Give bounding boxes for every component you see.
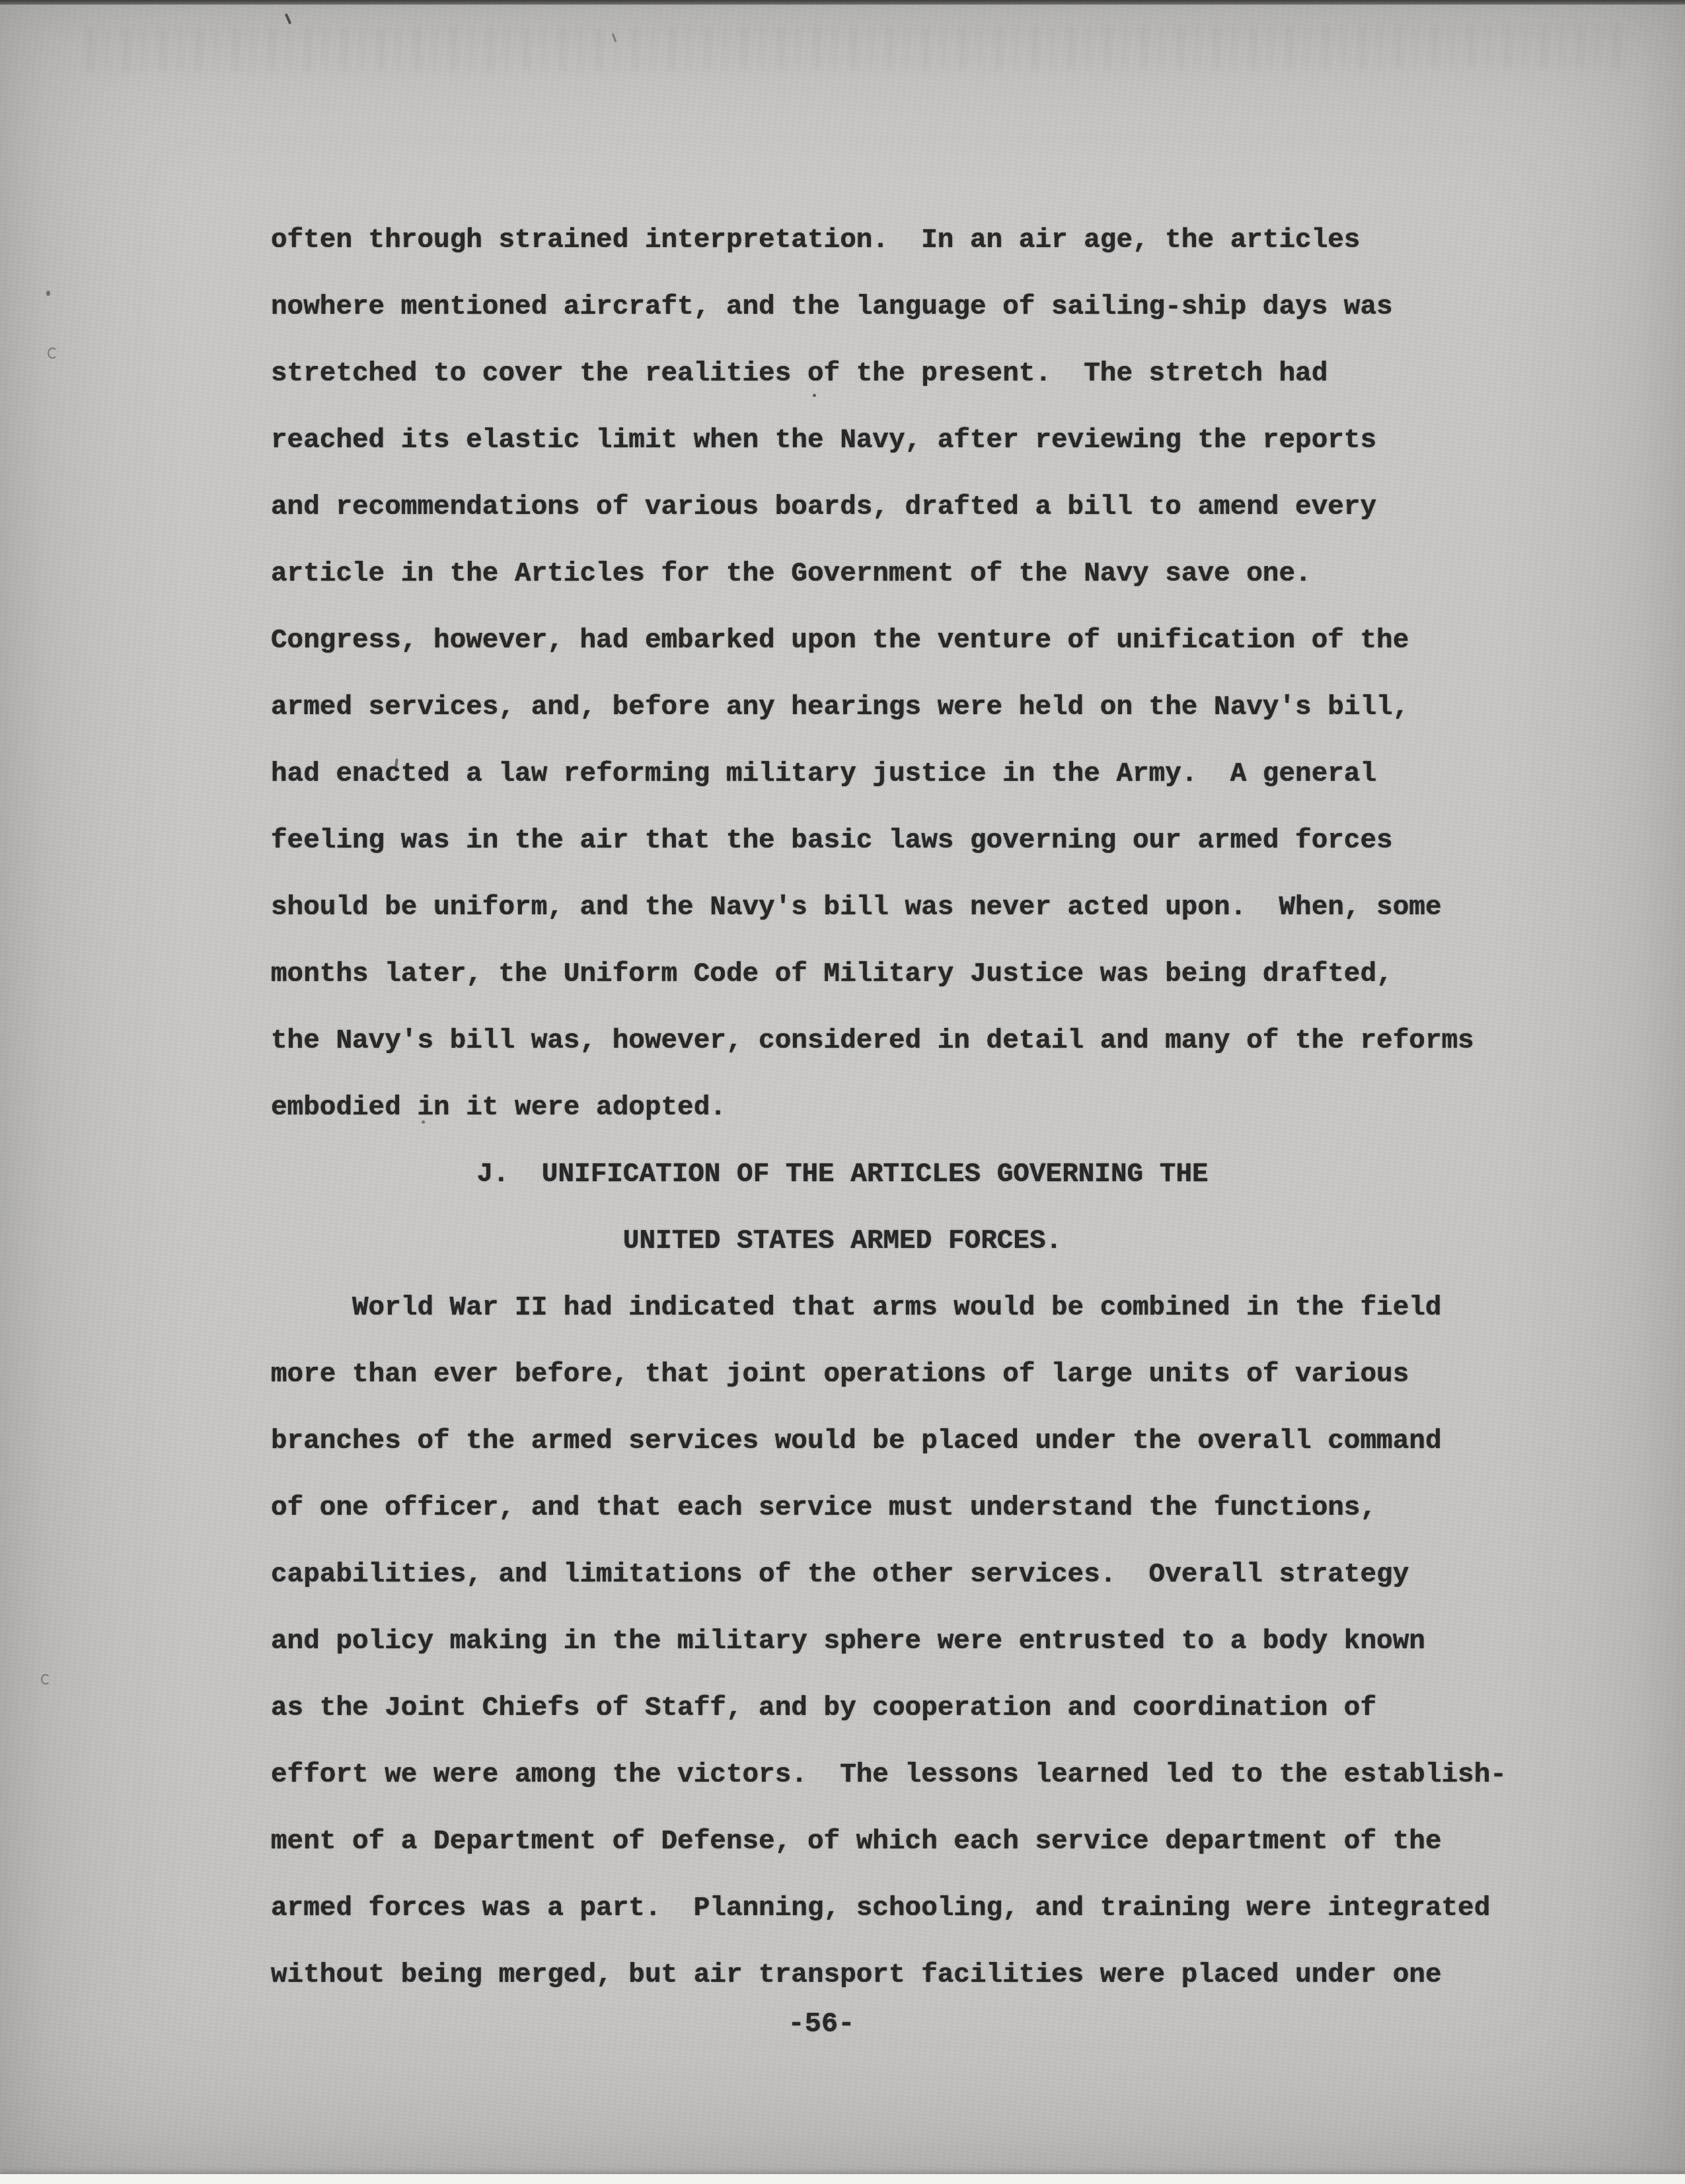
para1-line: reached its elastic limit when the Navy,… — [271, 408, 1414, 474]
scan-speck — [46, 291, 50, 296]
para1-line: embodied in it were adopted. — [271, 1075, 1414, 1142]
para1-line: feeling was in the air that the basic la… — [271, 808, 1414, 875]
para1-line: and recommendations of various boards, d… — [271, 474, 1414, 541]
para1-line: Congress, however, had embarked upon the… — [271, 608, 1414, 674]
para2-line: effort we were among the victors. The le… — [271, 1742, 1414, 1809]
para1-line: armed services, and, before any hearings… — [271, 674, 1414, 741]
scan-speck — [48, 347, 57, 359]
para1-line: months later, the Uniform Code of Milita… — [271, 941, 1414, 1008]
para2-line: branches of the armed services would be … — [271, 1408, 1414, 1475]
document-page: often through strained interpretation. I… — [0, 0, 1685, 2184]
scan-bottom-strip — [0, 2174, 1685, 2184]
para1-line: the Navy's bill was, however, considered… — [271, 1008, 1414, 1075]
page-number: -56- — [0, 2008, 1664, 2040]
para1-line: had enacted a law reforming military jus… — [271, 741, 1414, 808]
scan-speck — [41, 1674, 50, 1685]
scan-top-edge — [0, 0, 1685, 5]
scan-ghost-band — [86, 24, 1626, 72]
para1-line: stretched to cover the realities of the … — [271, 341, 1414, 408]
para1-line: nowhere mentioned aircraft, and the lang… — [271, 274, 1414, 341]
para2-line: armed forces was a part. Planning, schoo… — [271, 1875, 1414, 1942]
para2-line: ment of a Department of Defense, of whic… — [271, 1809, 1414, 1875]
scan-speck — [285, 13, 292, 24]
section-heading-line-1: J. UNIFICATION OF THE ARTICLES GOVERNING… — [271, 1142, 1414, 1208]
typed-text-block: often through strained interpretation. I… — [271, 207, 1414, 2009]
para2-line: more than ever before, that joint operat… — [271, 1342, 1414, 1408]
para1-line: often through strained interpretation. I… — [271, 207, 1414, 274]
section-heading-line-2: UNITED STATES ARMED FORCES. — [271, 1208, 1414, 1275]
para1-line: should be uniform, and the Navy's bill w… — [271, 875, 1414, 941]
para2-line: without being merged, but air transport … — [271, 1942, 1414, 2009]
para1-line: article in the Articles for the Governme… — [271, 541, 1414, 608]
para2-line: and policy making in the military sphere… — [271, 1609, 1414, 1675]
para2-line: of one officer, and that each service mu… — [271, 1475, 1414, 1542]
para2-line: World War II had indicated that arms wou… — [271, 1275, 1414, 1342]
para2-line: as the Joint Chiefs of Staff, and by coo… — [271, 1675, 1414, 1742]
para2-line: capabilities, and limitations of the oth… — [271, 1542, 1414, 1609]
